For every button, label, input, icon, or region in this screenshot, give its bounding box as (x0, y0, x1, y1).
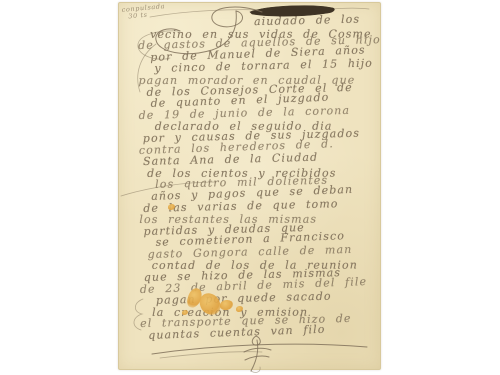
manuscript-lines: aiudado de losvecino en sus vidas de Cos… (136, 15, 374, 341)
photo-background: conpulsada 30 ts aiudado de losvecino en… (0, 0, 500, 375)
manuscript-line: aiudado de los (254, 13, 372, 27)
manuscript-page: conpulsada 30 ts aiudado de losvecino en… (118, 2, 381, 370)
manuscript-line: y cinco de tornara el 15 hijo (154, 58, 372, 75)
